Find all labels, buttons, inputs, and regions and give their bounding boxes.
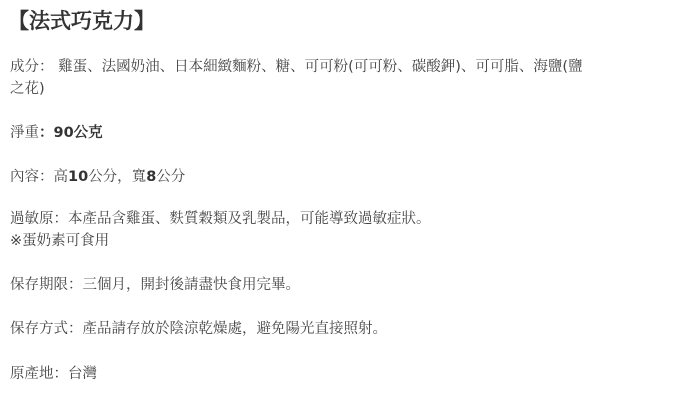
content-height-prefix: 高 (54, 169, 69, 185)
allergen-label: 過敏原： (10, 211, 68, 227)
allergen-note: ※蛋奶素可食用 (10, 230, 109, 252)
net-weight-label: 淨重 (10, 125, 39, 141)
ingredients-label: 成分： (10, 59, 54, 75)
shelf-life-value: 三個月，開封後請盡快食用完畢。 (83, 277, 301, 293)
net-weight-separator: ： (39, 125, 54, 141)
shelf-life-label: 保存期限： (10, 277, 83, 293)
storage-line: 保存方式：產品請存放於陰涼乾燥處，避免陽光直接照射。 (10, 318, 387, 340)
product-title: 【法式巧克力】 (8, 6, 155, 36)
ingredients-value: 雞蛋、法國奶油、日本細緻麵粉、糖、可可粉(可可粉、碳酸鉀)、可可脂、海鹽(鹽 (58, 59, 582, 75)
content-width-value: 8 (146, 169, 156, 185)
shelf-life-line: 保存期限：三個月，開封後請盡快食用完畢。 (10, 274, 300, 296)
content-dimensions: 內容：高10公分，寬8公分 (10, 166, 185, 188)
net-weight: 淨重：90公克 (10, 122, 103, 144)
net-weight-value: 90公克 (54, 125, 103, 141)
origin-label: 原產地： (10, 366, 68, 382)
content-height-value: 10 (68, 169, 88, 185)
storage-value: 產品請存放於陰涼乾燥處，避免陽光直接照射。 (83, 321, 388, 337)
allergen-value: 本產品含雞蛋、麩質穀類及乳製品，可能導致過敏症狀。 (68, 211, 431, 227)
ingredients-line-2: 之花) (10, 78, 45, 100)
origin-line: 原產地：台灣 (10, 363, 97, 385)
content-label: 內容： (10, 169, 54, 185)
content-mid: 公分，寬 (88, 169, 146, 185)
origin-value: 台灣 (68, 366, 97, 382)
ingredients-line-1: 成分： 雞蛋、法國奶油、日本細緻麵粉、糖、可可粉(可可粉、碳酸鉀)、可可脂、海鹽… (10, 56, 583, 78)
storage-label: 保存方式： (10, 321, 83, 337)
content-suffix: 公分 (156, 169, 185, 185)
allergen-line: 過敏原：本產品含雞蛋、麩質穀類及乳製品，可能導致過敏症狀。 (10, 208, 431, 230)
